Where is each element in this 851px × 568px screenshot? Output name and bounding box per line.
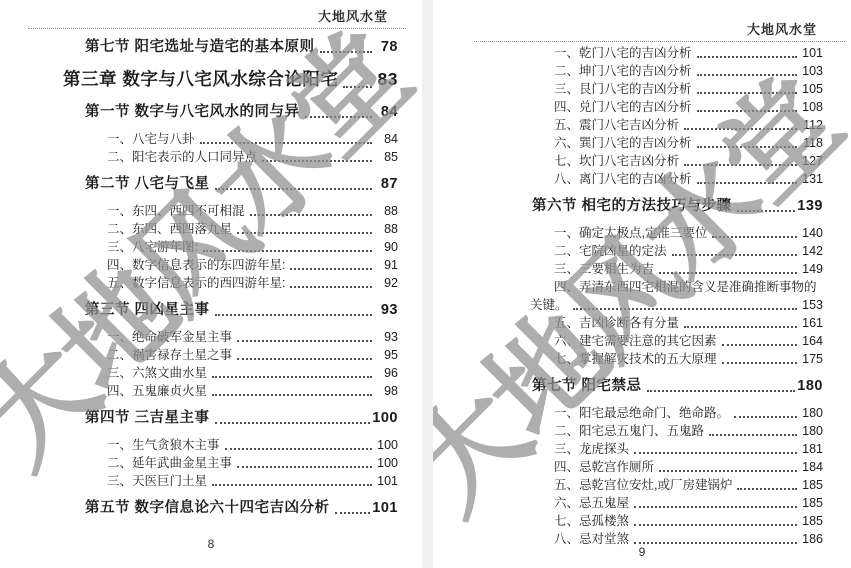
toc-entry: 一、生气贪狼木主事100	[0, 436, 398, 454]
toc-entry-label: 一、东四、西四不可相混	[107, 202, 245, 220]
toc-entry: 第七节 阳宅禁忌180	[433, 376, 823, 396]
dot-leader	[697, 110, 797, 112]
dot-leader	[712, 236, 797, 238]
dot-leader	[737, 210, 796, 212]
toc-entry-label: 四、弄清东西四宅相混的含义是准确推断事物的	[554, 278, 817, 296]
toc-entry-label: 三、八宅游年图:	[107, 238, 198, 256]
toc-entry: 第三节 四凶星主事93	[0, 300, 398, 320]
toc-entry-label: 第三章 数字与八宅风水综合论阳宅	[63, 67, 338, 92]
toc-entry: 三、三要相生为吉149	[433, 260, 823, 278]
toc-entry-page: 95	[374, 346, 398, 364]
toc-entry: 一、乾门八宅的吉凶分析101	[433, 44, 823, 62]
toc-entry: 六、建宅需要注意的其它因素164	[433, 332, 823, 350]
toc-entry: 二、东四、西四落九星88	[0, 220, 398, 238]
toc-entry: 第一节 数字与八宅风水的同与异84	[0, 102, 398, 122]
toc-entry-label: 四、忌乾宫作厕所	[554, 458, 654, 476]
toc-entry: 第五节 数字信息论六十四宅吉凶分析101	[0, 498, 398, 518]
dot-leader	[573, 308, 797, 310]
toc-entry: 一、绝命破军金星主事93	[0, 328, 398, 346]
toc-entry-page: 101	[372, 498, 398, 518]
dot-leader	[212, 376, 372, 378]
toc-entry-page: 93	[374, 328, 398, 346]
toc-entries: 一、乾门八宅的吉凶分析101二、坤门八宅的吉凶分析103三、艮门八宅的吉凶分析1…	[433, 42, 851, 548]
toc-entry-page: 84	[374, 130, 398, 148]
page-header: 大地风水堂	[433, 0, 851, 38]
toc-entry: 第三章 数字与八宅风水综合论阳宅83	[0, 67, 398, 92]
toc-entry: 四、五鬼廉贞火星98	[0, 382, 398, 400]
toc-entry-label: 七、掌握解灾技术的五大原理	[554, 350, 717, 368]
toc-entry-page: 84	[374, 102, 398, 122]
toc-entry: 第七节 阳宅选址与造宅的基本原则78	[0, 37, 398, 57]
dot-leader	[722, 344, 797, 346]
toc-entry-label: 六、建宅需要注意的其它因素	[554, 332, 717, 350]
toc-entry-page: 78	[374, 37, 398, 57]
toc-entry: 五、忌乾宫位安灶,或厂房建锅炉185	[433, 476, 823, 494]
toc-entry: 四、忌乾宫作厕所184	[433, 458, 823, 476]
toc-entry-page: 118	[799, 134, 823, 152]
toc-entry-label: 一、确定太极点,定准三要位	[554, 224, 707, 242]
dot-leader	[237, 466, 372, 468]
dot-leader	[659, 470, 797, 472]
dot-leader	[200, 142, 372, 144]
toc-entry: 三、天医巨门土星101	[0, 472, 398, 490]
toc-entry: 第六节 相宅的方法技巧与步骤139	[433, 196, 823, 216]
toc-entry-page: 175	[799, 350, 823, 368]
toc-entry-label: 五、忌乾宫位安灶,或厂房建锅炉	[554, 476, 732, 494]
dot-leader	[634, 452, 797, 454]
toc-entry-label: 第七节 阳宅禁忌	[532, 376, 642, 396]
toc-entry-page: 101	[799, 44, 823, 62]
toc-entry-label: 二、延年武曲金星主事	[107, 454, 232, 472]
dot-leader	[203, 250, 372, 252]
toc-entry-label: 二、祸害禄存土星之事	[107, 346, 232, 364]
toc-entry: 三、艮门八宅的吉凶分析105	[433, 80, 823, 98]
toc-entry-label: 三、龙虎探头	[554, 440, 629, 458]
toc-entry-label: 三、三要相生为吉	[554, 260, 654, 278]
toc-entry-page: 108	[799, 98, 823, 116]
toc-entry-page: 85	[374, 148, 398, 166]
toc-entry-label: 六、忌五鬼屋	[554, 494, 629, 512]
dot-leader	[672, 254, 797, 256]
toc-entry-label: 二、东四、西四落九星	[107, 220, 232, 238]
toc-entry: 二、延年武曲金星主事100	[0, 454, 398, 472]
toc-entry-page: 93	[374, 300, 398, 320]
toc-entry-label: 二、阳宅忌五鬼门、五鬼路	[554, 422, 704, 440]
toc-entry: 三、六煞文曲水星96	[0, 364, 398, 382]
dot-leader	[305, 116, 372, 118]
dot-leader	[237, 358, 372, 360]
toc-entry-label: 八、离门八宅的吉凶分析	[554, 170, 692, 188]
dot-leader	[659, 272, 797, 274]
dot-leader	[734, 416, 797, 418]
dot-leader	[320, 51, 372, 53]
dot-leader	[237, 340, 372, 342]
page-gutter	[422, 0, 433, 568]
toc-entry-label: 第一节 数字与八宅风水的同与异	[85, 102, 300, 122]
toc-entry-label: 七、忌孤楼煞	[554, 512, 629, 530]
toc-entry: 一、东四、西四不可相混88	[0, 202, 398, 220]
dot-leader	[237, 232, 372, 234]
toc-entry-page: 139	[797, 196, 823, 216]
toc-entry-label: 五、震门八宅吉凶分析	[554, 116, 679, 134]
dot-leader	[697, 92, 797, 94]
toc-entry-page: 153	[799, 296, 823, 314]
toc-entry-label: 第二节 八宅与飞星	[85, 174, 210, 194]
toc-entry: 一、确定太极点,定准三要位140	[433, 224, 823, 242]
dot-leader	[343, 86, 372, 88]
toc-entry: 四、兑门八宅的吉凶分析108	[433, 98, 823, 116]
toc-entry: 二、宅院凶星的定法142	[433, 242, 823, 260]
toc-page-right: 大地风水堂 一、乾门八宅的吉凶分析101二、坤门八宅的吉凶分析103三、艮门八宅…	[433, 0, 851, 568]
toc-entry-label: 四、五鬼廉贞火星	[107, 382, 207, 400]
toc-entry-page: 140	[799, 224, 823, 242]
toc-entries: 第七节 阳宅选址与造宅的基本原则78第三章 数字与八宅风水综合论阳宅83第一节 …	[0, 37, 422, 518]
toc-entry: 五、数字信息表示的西四游年星:92	[0, 274, 398, 292]
dot-leader	[215, 314, 372, 316]
dot-leader	[697, 56, 797, 58]
dot-leader	[212, 394, 372, 396]
toc-entry: 四、数字信息表示的东四游年星:91	[0, 256, 398, 274]
toc-entry: 二、阳宅表示的人口同异点85	[0, 148, 398, 166]
dot-leader	[262, 160, 372, 162]
toc-entry-page: 185	[799, 476, 823, 494]
toc-entry: 二、阳宅忌五鬼门、五鬼路180	[433, 422, 823, 440]
toc-entry-label: 关键。	[530, 296, 568, 314]
toc-entry-page: 180	[799, 422, 823, 440]
toc-entry-label: 二、坤门八宅的吉凶分析	[554, 62, 692, 80]
header-rule	[28, 28, 406, 29]
toc-entry-page: 180	[799, 404, 823, 422]
toc-entry: 关键。153	[433, 296, 823, 314]
toc-entry-page: 185	[799, 494, 823, 512]
dot-leader	[634, 542, 797, 544]
toc-entry-page: 127	[799, 152, 823, 170]
toc-entry-label: 第三节 四凶星主事	[85, 300, 210, 320]
dot-leader	[225, 448, 372, 450]
dot-leader	[737, 488, 797, 490]
toc-entry: 七、掌握解灾技术的五大原理175	[433, 350, 823, 368]
toc-entry: 五、吉凶诊断各有分量161	[433, 314, 823, 332]
dot-leader	[290, 286, 372, 288]
page-header: 大地风水堂	[0, 0, 422, 25]
toc-entry-label: 五、数字信息表示的西四游年星:	[107, 274, 285, 292]
toc-entry-page: 112	[799, 116, 823, 134]
dot-leader	[697, 182, 797, 184]
dot-leader	[647, 390, 796, 392]
toc-entry: 六、巽门八宅的吉凶分析118	[433, 134, 823, 152]
toc-entry-label: 二、宅院凶星的定法	[554, 242, 667, 260]
toc-entry-page: 131	[799, 170, 823, 188]
toc-entry: 五、震门八宅吉凶分析112	[433, 116, 823, 134]
toc-entry-label: 一、阳宅最忌绝命门、绝命路。	[554, 404, 729, 422]
toc-entry: 六、忌五鬼屋185	[433, 494, 823, 512]
toc-entry-page: 88	[374, 202, 398, 220]
toc-entry-label: 三、六煞文曲水星	[107, 364, 207, 382]
toc-entry-page: 83	[374, 67, 398, 92]
toc-entry-page: 91	[374, 256, 398, 274]
toc-entry-label: 一、乾门八宅的吉凶分析	[554, 44, 692, 62]
toc-entry-page: 181	[799, 440, 823, 458]
toc-entry: 二、坤门八宅的吉凶分析103	[433, 62, 823, 80]
toc-entry-label: 一、八宅与八卦	[107, 130, 195, 148]
dot-leader	[290, 268, 372, 270]
dot-leader	[335, 512, 371, 514]
dot-leader	[697, 74, 797, 76]
toc-entry-page: 92	[374, 274, 398, 292]
dot-leader	[250, 214, 372, 216]
toc-entry-label: 三、天医巨门土星	[107, 472, 207, 490]
dot-leader	[684, 326, 797, 328]
toc-entry-label: 二、阳宅表示的人口同异点	[107, 148, 257, 166]
toc-entry-page: 96	[374, 364, 398, 382]
header-title: 大地风水堂	[747, 22, 817, 37]
dot-leader	[634, 506, 797, 508]
toc-entry-label: 第六节 相宅的方法技巧与步骤	[532, 196, 732, 216]
toc-entry-label: 三、艮门八宅的吉凶分析	[554, 80, 692, 98]
toc-entry: 四、弄清东西四宅相混的含义是准确推断事物的	[433, 278, 823, 296]
toc-entry-label: 第四节 三吉星主事	[85, 408, 210, 428]
toc-entry-page: 100	[374, 436, 398, 454]
toc-entry-label: 四、兑门八宅的吉凶分析	[554, 98, 692, 116]
toc-entry-page: 90	[374, 238, 398, 256]
dot-leader	[215, 422, 371, 424]
toc-entry-page: 185	[799, 512, 823, 530]
toc-entry-label: 七、坎门八宅吉凶分析	[554, 152, 679, 170]
toc-entry: 七、忌孤楼煞185	[433, 512, 823, 530]
dot-leader	[634, 524, 797, 526]
dot-leader	[709, 434, 797, 436]
book-spread: 大地风水堂 第七节 阳宅选址与造宅的基本原则78第三章 数字与八宅风水综合论阳宅…	[0, 0, 851, 568]
page-number: 8	[0, 537, 422, 551]
toc-entry-label: 四、数字信息表示的东四游年星:	[107, 256, 285, 274]
toc-entry: 一、八宅与八卦84	[0, 130, 398, 148]
toc-entry-page: 180	[797, 376, 823, 396]
toc-entry: 七、坎门八宅吉凶分析127	[433, 152, 823, 170]
toc-entry-label: 第五节 数字信息论六十四宅吉凶分析	[85, 498, 330, 518]
toc-entry: 二、祸害禄存土星之事95	[0, 346, 398, 364]
toc-entry-page: 164	[799, 332, 823, 350]
toc-entry-label: 一、生气贪狼木主事	[107, 436, 220, 454]
toc-entry: 一、阳宅最忌绝命门、绝命路。180	[433, 404, 823, 422]
page-number: 9	[433, 545, 851, 559]
toc-entry-page: 88	[374, 220, 398, 238]
toc-entry-page: 98	[374, 382, 398, 400]
toc-entry-label: 五、吉凶诊断各有分量	[554, 314, 679, 332]
toc-entry-page: 105	[799, 80, 823, 98]
toc-page-left: 大地风水堂 第七节 阳宅选址与造宅的基本原则78第三章 数字与八宅风水综合论阳宅…	[0, 0, 422, 568]
toc-entry-page: 184	[799, 458, 823, 476]
toc-entry-label: 六、巽门八宅的吉凶分析	[554, 134, 692, 152]
toc-entry-page: 103	[799, 62, 823, 80]
toc-entry-page: 142	[799, 242, 823, 260]
toc-entry: 第四节 三吉星主事100	[0, 408, 398, 428]
toc-entry: 三、龙虎探头181	[433, 440, 823, 458]
toc-entry: 八、离门八宅的吉凶分析131	[433, 170, 823, 188]
dot-leader	[684, 128, 797, 130]
dot-leader	[212, 484, 372, 486]
toc-entry-page: 161	[799, 314, 823, 332]
toc-entry-label: 一、绝命破军金星主事	[107, 328, 232, 346]
toc-entry: 第二节 八宅与飞星87	[0, 174, 398, 194]
toc-entry-page: 100	[372, 408, 398, 428]
dot-leader	[722, 362, 797, 364]
header-title: 大地风水堂	[318, 9, 388, 24]
toc-entry-label: 第七节 阳宅选址与造宅的基本原则	[85, 37, 315, 57]
toc-entry-page: 101	[374, 472, 398, 490]
dot-leader	[684, 164, 797, 166]
dot-leader	[215, 188, 372, 190]
toc-entry: 三、八宅游年图:90	[0, 238, 398, 256]
toc-entry-page: 87	[374, 174, 398, 194]
toc-entry-page: 149	[799, 260, 823, 278]
toc-entry-page: 100	[374, 454, 398, 472]
dot-leader	[697, 146, 797, 148]
